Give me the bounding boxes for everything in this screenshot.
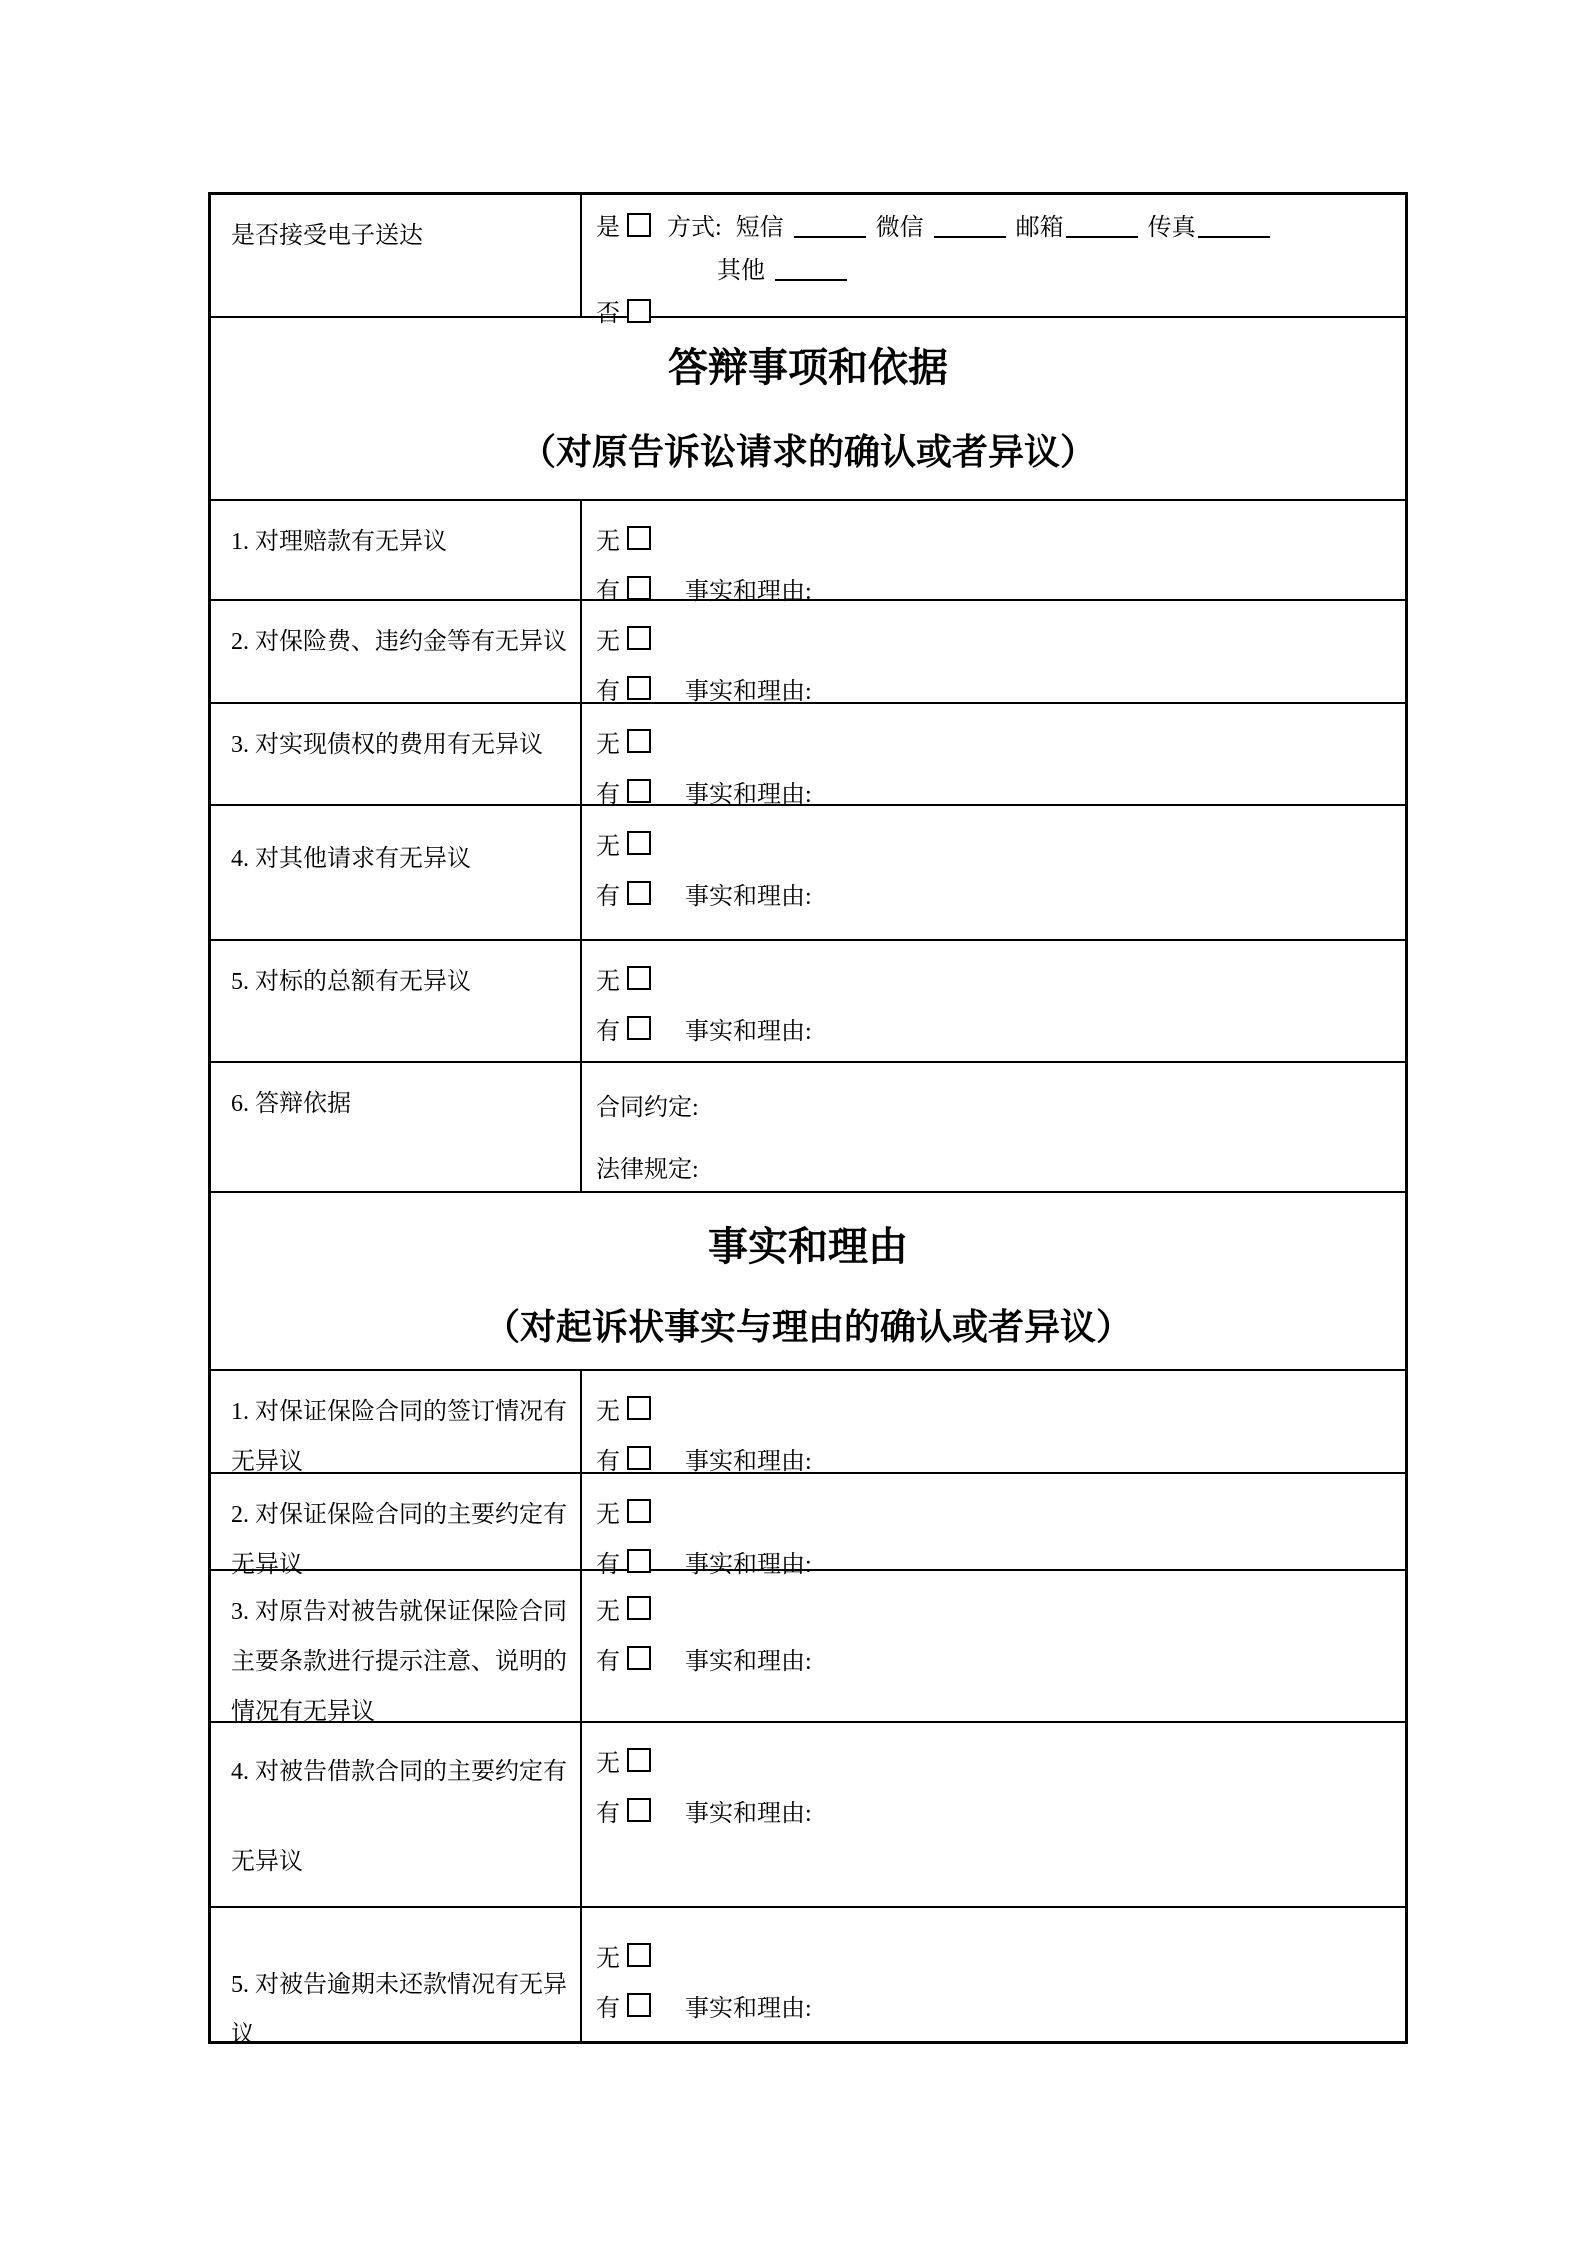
sms-blank-field[interactable] — [794, 212, 866, 238]
no-checkbox[interactable] — [627, 299, 651, 323]
s1-row3-options: 无 有事实和理由: — [582, 704, 1405, 804]
email-blank-field[interactable] — [1066, 212, 1138, 238]
has-label: 有 — [596, 1011, 620, 1046]
has-checkbox[interactable] — [627, 1549, 651, 1573]
none-checkbox[interactable] — [627, 831, 651, 855]
has-checkbox[interactable] — [627, 1446, 651, 1470]
has-label: 有 — [596, 1988, 620, 2023]
s1-row6-label: 6. 答辩依据 — [211, 1063, 582, 1191]
has-label: 有 — [596, 1441, 620, 1476]
s1-row6-content: 合同约定: 法律规定: — [582, 1063, 1405, 1191]
none-label: 无 — [596, 1938, 620, 1973]
has-checkbox[interactable] — [627, 779, 651, 803]
table-row: 5. 对被告逾期未还款情况有无异 议 无 有事实和理由: — [211, 1908, 1405, 2041]
none-label: 无 — [596, 826, 620, 861]
facts-label: 事实和理由: — [685, 1011, 812, 1046]
table-row: 3. 对原告对被告就保证保险合同 主要条款进行提示注意、说明的 情况有无异议 无… — [211, 1571, 1405, 1723]
has-checkbox[interactable] — [627, 576, 651, 600]
none-checkbox[interactable] — [627, 1596, 651, 1620]
none-checkbox[interactable] — [627, 1748, 651, 1772]
none-label: 无 — [596, 724, 620, 759]
none-checkbox[interactable] — [627, 729, 651, 753]
s2-row5-label: 5. 对被告逾期未还款情况有无异 议 — [211, 1908, 582, 2041]
other-blank-field[interactable] — [775, 255, 847, 281]
has-checkbox[interactable] — [627, 1798, 651, 1822]
s1-row4-label: 4. 对其他请求有无异议 — [211, 806, 582, 939]
has-label: 有 — [596, 876, 620, 911]
method-fax-label: 传真 — [1148, 207, 1196, 242]
s1-row1-label: 1. 对理赔款有无异议 — [211, 501, 582, 599]
table-row: 3. 对实现债权的费用有无异议 无 有事实和理由: — [211, 704, 1405, 806]
facts-label: 事实和理由: — [685, 671, 812, 706]
none-checkbox[interactable] — [627, 626, 651, 650]
facts-label: 事实和理由: — [685, 1641, 812, 1676]
no-label: 否 — [596, 293, 620, 328]
table-row: 2. 对保险费、违约金等有无异议 无 有事实和理由: — [211, 601, 1405, 704]
table-row: 4. 对被告借款合同的主要约定有 无异议 无 有事实和理由: — [211, 1723, 1405, 1908]
defense-form-table: 是否接受电子送达 是 方式: 短信 微信 邮箱 传真 其他 否 — [208, 192, 1408, 2044]
facts-label: 事实和理由: — [685, 876, 812, 911]
has-checkbox[interactable] — [627, 1016, 651, 1040]
wechat-blank-field[interactable] — [934, 212, 1006, 238]
table-row: 6. 答辩依据 合同约定: 法律规定: — [211, 1063, 1405, 1193]
contract-terms-label: 合同约定: — [596, 1087, 699, 1122]
none-label: 无 — [596, 521, 620, 556]
has-checkbox[interactable] — [627, 1993, 651, 2017]
facts-label: 事实和理由: — [685, 1793, 812, 1828]
method-label: 方式: — [667, 207, 722, 242]
s2-row4-options: 无 有事实和理由: — [582, 1723, 1405, 1906]
table-row: 1. 对保证保险合同的签订情况有 无异议 无 有事实和理由: — [211, 1371, 1405, 1474]
none-label: 无 — [596, 1743, 620, 1778]
none-checkbox[interactable] — [627, 1396, 651, 1420]
es-no-line: 否 — [596, 289, 1395, 332]
none-checkbox[interactable] — [627, 966, 651, 990]
s1-row4-options: 无 有事实和理由: — [582, 806, 1405, 939]
s2-row3-label: 3. 对原告对被告就保证保险合同 主要条款进行提示注意、说明的 情况有无异议 — [211, 1571, 582, 1721]
none-label: 无 — [596, 961, 620, 996]
table-row: 5. 对标的总额有无异议 无 有事实和理由: — [211, 941, 1405, 1063]
none-checkbox[interactable] — [627, 526, 651, 550]
legal-provisions-label: 法律规定: — [596, 1149, 699, 1184]
method-other-label: 其他 — [717, 250, 765, 285]
has-checkbox[interactable] — [627, 676, 651, 700]
s1-row5-label: 5. 对标的总额有无异议 — [211, 941, 582, 1061]
s1-row5-options: 无 有事实和理由: — [582, 941, 1405, 1061]
electronic-service-options: 是 方式: 短信 微信 邮箱 传真 其他 否 — [582, 195, 1405, 316]
table-row: 1. 对理赔款有无异议 无 有事实和理由: — [211, 501, 1405, 601]
s2-row1-options: 无 有事实和理由: — [582, 1371, 1405, 1472]
yes-checkbox[interactable] — [627, 213, 651, 237]
document-page: 是否接受电子送达 是 方式: 短信 微信 邮箱 传真 其他 否 — [0, 0, 1587, 2245]
none-label: 无 — [596, 1391, 620, 1426]
section2-header: 事实和理由 （对起诉状事实与理由的确认或者异议） — [211, 1193, 1405, 1371]
none-label: 无 — [596, 1494, 620, 1529]
method-sms-label: 短信 — [736, 207, 784, 242]
section1-subtitle: （对原告诉讼请求的确认或者异议） — [211, 430, 1405, 474]
none-checkbox[interactable] — [627, 1943, 651, 1967]
has-label: 有 — [596, 774, 620, 809]
section1-header: 答辩事项和依据 （对原告诉讼请求的确认或者异议） — [211, 318, 1405, 501]
has-label: 有 — [596, 671, 620, 706]
none-checkbox[interactable] — [627, 1499, 651, 1523]
s2-row1-label: 1. 对保证保险合同的签订情况有 无异议 — [211, 1371, 582, 1472]
has-checkbox[interactable] — [627, 1646, 651, 1670]
s2-row5-options: 无 有事实和理由: — [582, 1908, 1405, 2041]
section2-title: 事实和理由 — [211, 1223, 1405, 1271]
s2-row2-options: 无 有事实和理由: — [582, 1474, 1405, 1569]
electronic-service-label: 是否接受电子送达 — [211, 195, 582, 316]
s1-row2-label: 2. 对保险费、违约金等有无异议 — [211, 601, 582, 702]
facts-label: 事实和理由: — [685, 1441, 812, 1476]
section2-subtitle: （对起诉状事实与理由的确认或者异议） — [211, 1305, 1405, 1349]
none-label: 无 — [596, 1591, 620, 1626]
has-label: 有 — [596, 1641, 620, 1676]
table-row: 2. 对保证保险合同的主要约定有 无异议 无 有事实和理由: — [211, 1474, 1405, 1571]
es-yes-line: 是 方式: 短信 微信 邮箱 传真 — [596, 203, 1395, 246]
method-wechat-label: 微信 — [876, 207, 924, 242]
s2-row4-label: 4. 对被告借款合同的主要约定有 无异议 — [211, 1723, 582, 1906]
s1-row1-options: 无 有事实和理由: — [582, 501, 1405, 599]
es-other-line: 其他 — [596, 246, 1395, 289]
none-label: 无 — [596, 621, 620, 656]
row-electronic-service: 是否接受电子送达 是 方式: 短信 微信 邮箱 传真 其他 否 — [211, 195, 1405, 318]
has-checkbox[interactable] — [627, 881, 651, 905]
s2-row2-label: 2. 对保证保险合同的主要约定有 无异议 — [211, 1474, 582, 1569]
s1-row2-options: 无 有事实和理由: — [582, 601, 1405, 702]
yes-label: 是 — [596, 207, 620, 242]
method-email-label: 邮箱 — [1016, 207, 1064, 242]
facts-label: 事实和理由: — [685, 774, 812, 809]
s2-row3-options: 无 有事实和理由: — [582, 1571, 1405, 1721]
facts-label: 事实和理由: — [685, 1988, 812, 2023]
section1-title: 答辩事项和依据 — [211, 344, 1405, 392]
fax-blank-field[interactable] — [1198, 212, 1270, 238]
s1-row3-label: 3. 对实现债权的费用有无异议 — [211, 704, 582, 804]
table-row: 4. 对其他请求有无异议 无 有事实和理由: — [211, 806, 1405, 941]
has-label: 有 — [596, 1793, 620, 1828]
